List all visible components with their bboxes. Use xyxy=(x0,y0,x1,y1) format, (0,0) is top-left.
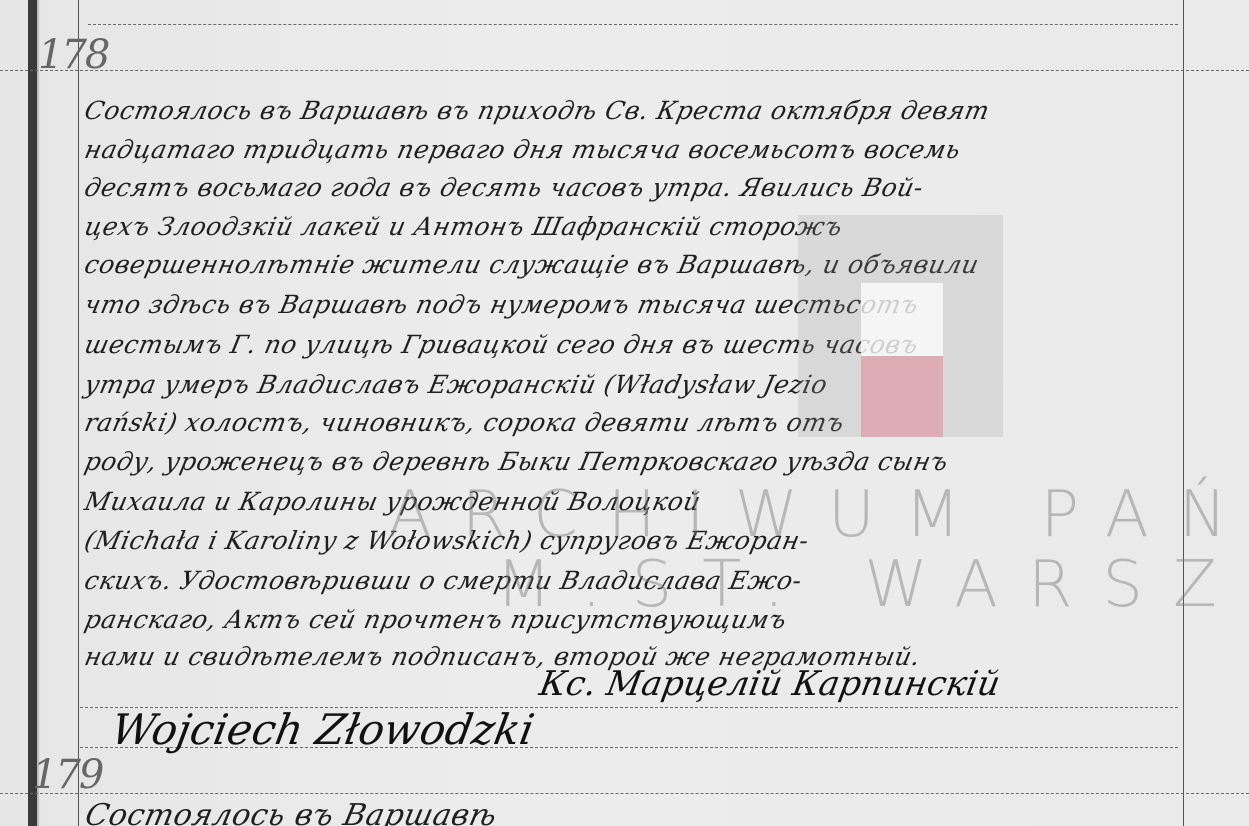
page-binding-edge xyxy=(28,0,37,826)
text-line-10: роду, уроженецъ въ деревнѣ Быки Петрковс… xyxy=(82,447,951,476)
text-line-8: утра умеръ Владиславъ Ежоранскій (Władys… xyxy=(82,370,830,399)
text-line-7: шестымъ Г. по улицѣ Гривацкой сего дня в… xyxy=(82,330,921,359)
witness-signature: Wojciech Złowodzki xyxy=(108,705,538,754)
highlight-inner-pink xyxy=(861,356,943,437)
record-number-179: 179 xyxy=(32,752,102,798)
text-line-3: десятъ восьмаго года въ десять часовъ ут… xyxy=(82,173,926,202)
next-record-first-line: Состоялось въ Варшавѣ xyxy=(82,798,500,826)
binding-shadow xyxy=(37,0,39,826)
text-line-4: цехъ Злоодзкій лакей и Антонъ Шафранскій… xyxy=(82,212,845,241)
text-line-2: надцатаго тридцать перваго дня тысяча во… xyxy=(82,135,963,164)
text-line-1: Состоялось въ Варшавѣ въ приходѣ Св. Кре… xyxy=(82,96,992,125)
document-scan: 178 179 Состоялось въ Варшавѣ въ приходѣ… xyxy=(0,0,1249,826)
ruled-line-record-divider-2 xyxy=(0,793,1249,794)
left-margin-rule xyxy=(78,0,79,826)
text-line-9: rański) холостъ, чиновникъ, сорока девят… xyxy=(82,408,847,437)
ruled-line-record-divider xyxy=(0,70,1249,71)
ruled-line-top xyxy=(88,24,1178,25)
highlight-inner-white xyxy=(861,283,943,356)
text-line-6: что здѣсь въ Варшавѣ подъ нумеромъ тысяч… xyxy=(82,290,921,319)
watermark-line-1: ARCHIWUM PAŃSTW xyxy=(388,478,1249,552)
record-number-178: 178 xyxy=(38,32,108,78)
right-margin-rule xyxy=(1183,0,1184,826)
priest-signature: Кс. Марцелій Карпинскій xyxy=(536,664,1003,704)
watermark-line-2: M.ST. WARSZAW xyxy=(496,548,1249,622)
